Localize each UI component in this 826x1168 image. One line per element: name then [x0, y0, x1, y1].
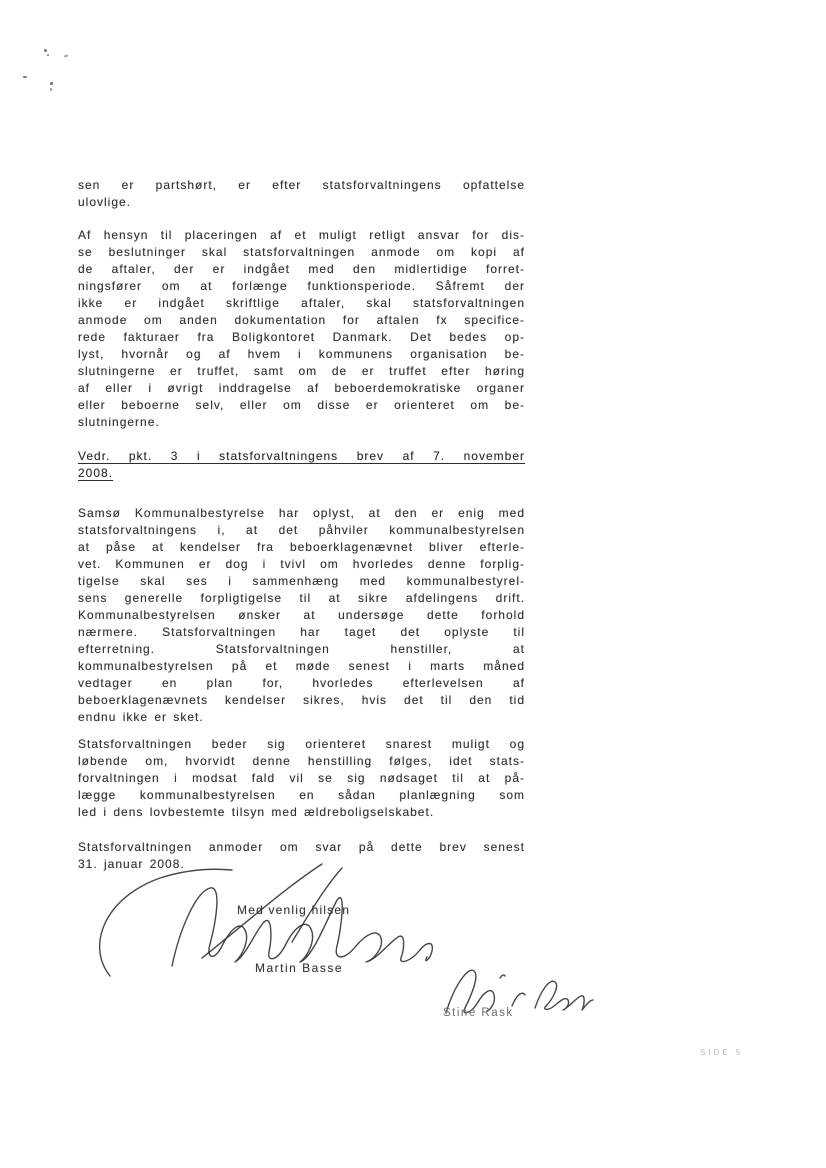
text-line: slutningerne. [78, 414, 525, 431]
martin-basse-signature-stroke [172, 888, 432, 966]
stine-rask-signature-stroke [535, 981, 593, 1010]
text-line: ningsfører om at forlænge funktionsperio… [78, 278, 525, 295]
text-line: vedtager en plan for, hvorledes efterlev… [78, 675, 525, 692]
text-line: forvaltningen i modsat fald vil se sig n… [78, 770, 525, 787]
text-line: kommunalbestyrelsen på et møde senest i … [78, 658, 525, 675]
text-line: tigelse skal ses i sammenhæng med kommun… [78, 573, 525, 590]
paragraph-opinion-conclusion: sen er partshørt, er efter statsforvaltn… [78, 177, 525, 211]
text-line: slutningerne er truffet, samt om de er t… [78, 363, 525, 380]
text-line: endnu ikke er sket. [78, 709, 525, 726]
text-line: Af hensyn til placeringen af et muligt r… [78, 227, 525, 244]
text-line: af eller i øvrigt inddragelse af beboerd… [78, 380, 525, 397]
text-line: sens generelle forpligtigelse til at sik… [78, 590, 525, 607]
scan-speck [47, 54, 49, 56]
text-line: 2008. [78, 465, 525, 482]
section-heading-vedr-pkt-3: Vedr. pkt. 3 i statsforvaltningens brev … [78, 448, 525, 482]
paragraph-kommunalbestyrelse-response: Samsø Kommunalbestyrelse har oplyst, at … [78, 505, 525, 726]
signer1-printed-name: Martin Basse [255, 961, 343, 975]
closing-salutation: Med venlig hilsen [237, 903, 350, 917]
text-line: rede fakturaer fra Boligkontoret Danmark… [78, 329, 525, 346]
text-line: lyst, hvornår og af hvem i kommunens org… [78, 346, 525, 363]
text-line: eller beboerne selv, eller om disse er o… [78, 397, 525, 414]
paragraph-request-for-documentation: Af hensyn til placeringen af et muligt r… [78, 227, 525, 431]
text-line: statsforvaltningens i, at det påhviler k… [78, 522, 525, 539]
text-line: sen er partshørt, er efter statsforvaltn… [78, 177, 525, 194]
paragraph-reply-deadline: Statsforvaltningen anmoder om svar på de… [78, 839, 525, 873]
text-line: Kommunalbestyrelsen ønsker at undersøge … [78, 607, 525, 624]
text-line: Statsforvaltningen beder sig orienteret … [78, 736, 525, 753]
paragraph-follow-up-notice: Statsforvaltningen beder sig orienteret … [78, 736, 525, 821]
text-line: vet. Kommunen er dog i tvivl om hvorlede… [78, 556, 525, 573]
text-line: anmode om anden dokumentation for aftale… [78, 312, 525, 329]
text-line: 31. januar 2008. [78, 856, 525, 873]
signer2-printed-name: Stine Rask [443, 1007, 514, 1019]
text-line: ikke er indgået skriftlige aftaler, skal… [78, 295, 525, 312]
text-line: lægge kommunalbestyrelsen en sådan planl… [78, 787, 525, 804]
text-line: Statsforvaltningen anmoder om svar på de… [78, 839, 525, 856]
text-line: løbende om, hvorvidt denne henstilling f… [78, 753, 525, 770]
scan-speck [50, 88, 52, 91]
text-line: se beslutninger skal statsforvaltningen … [78, 244, 525, 261]
text-line: beboerklagenævnets kendelser sikres, hvi… [78, 692, 525, 709]
text-line: efterretning. Statsforvaltningen henstil… [78, 641, 525, 658]
handwritten-signatures-image [80, 858, 600, 1033]
text-line: ulovlige. [78, 194, 525, 211]
text-line: Samsø Kommunalbestyrelse har oplyst, at … [78, 505, 525, 522]
text-line: led i dens lovbestemte tilsyn med ældreb… [78, 804, 525, 821]
text-line: Vedr. pkt. 3 i statsforvaltningens brev … [78, 448, 525, 465]
signature-flourish-stroke [100, 869, 232, 976]
text-line: at påse at kendelser fra beboerklagenævn… [78, 539, 525, 556]
page-number-label: SIDE 5 [700, 1048, 743, 1057]
scan-speck [23, 76, 27, 78]
text-line: nærmere. Statsforvaltningen har taget de… [78, 624, 525, 641]
scan-speck [43, 48, 47, 52]
scan-speck [50, 82, 53, 85]
text-line: de aftaler, der er indgået med den midle… [78, 261, 525, 278]
scan-speck [64, 54, 68, 57]
scanned-letter-page: sen er partshørt, er efter statsforvaltn… [0, 0, 826, 1168]
